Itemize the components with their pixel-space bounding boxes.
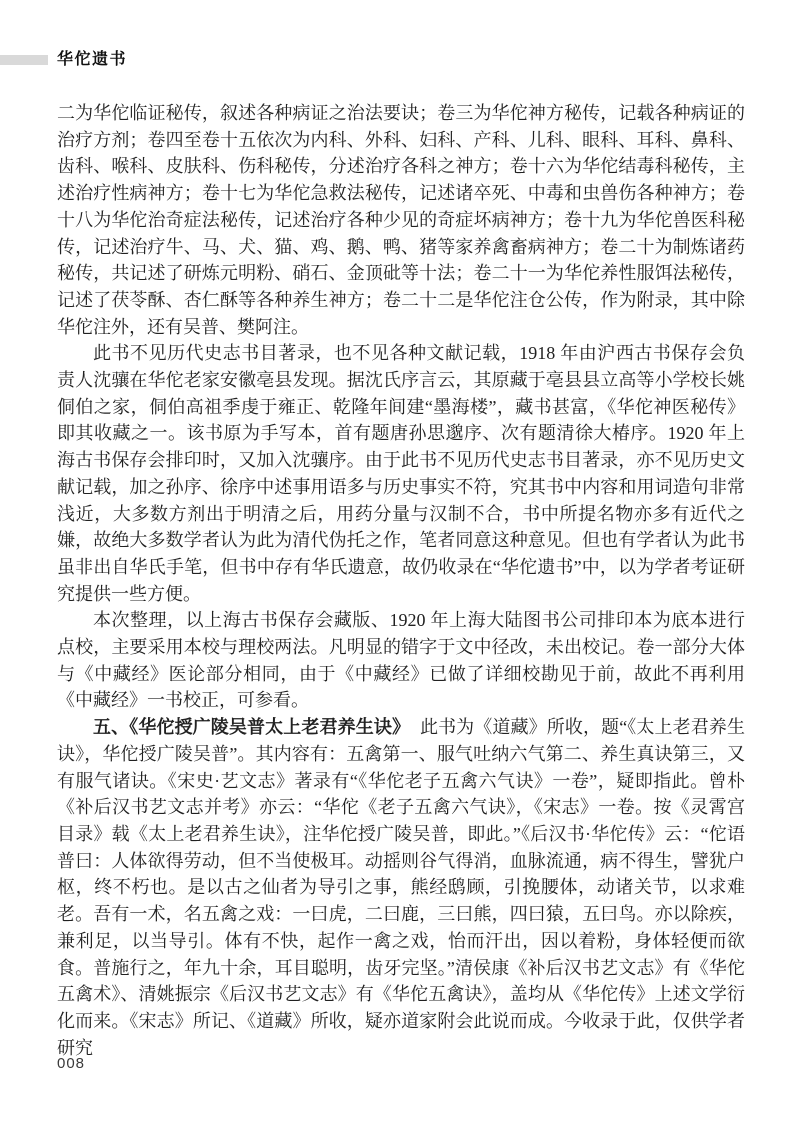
paragraph-collation-notes: 本次整理，以上海古书保存会藏版、1920 年上海大陆图书公司排印本为底本进行点校… [57, 607, 745, 714]
paragraph-section-five: 五、《华佗授广陵吴普太上老君养生诀》此书为《道藏》所收，题“《太上老君养生诀》，… [57, 714, 745, 1061]
book-page: 华佗遗书 二为华佗临证秘传，叙述各种病证之治法要诀；卷三为华佗神方秘传，记载各种… [0, 0, 800, 1121]
body-text-block: 二为华佗临证秘传，叙述各种病证之治法要诀；卷三为华佗神方秘传，记载各种病证的治疗… [57, 100, 745, 1061]
header-bar-decoration [0, 55, 48, 65]
running-head-title: 华佗遗书 [57, 46, 127, 69]
page-header: 华佗遗书 [0, 46, 800, 72]
paragraph-continuation: 二为华佗临证秘传，叙述各种病证之治法要诀；卷三为华佗神方秘传，记载各种病证的治疗… [57, 100, 745, 340]
paragraph-provenance: 此书不见历代史志书目著录，也不见各种文献记载，1918 年由沪西古书保存会负责人… [57, 340, 745, 607]
section-body: 此书为《道藏》所收，题“《太上老君养生诀》，华佗授广陵吴普”。其内容有：五禽第一… [57, 717, 745, 1057]
page-number: 008 [57, 1055, 85, 1072]
section-heading: 五、《华佗授广陵吴普太上老君养生诀》 [93, 717, 410, 737]
